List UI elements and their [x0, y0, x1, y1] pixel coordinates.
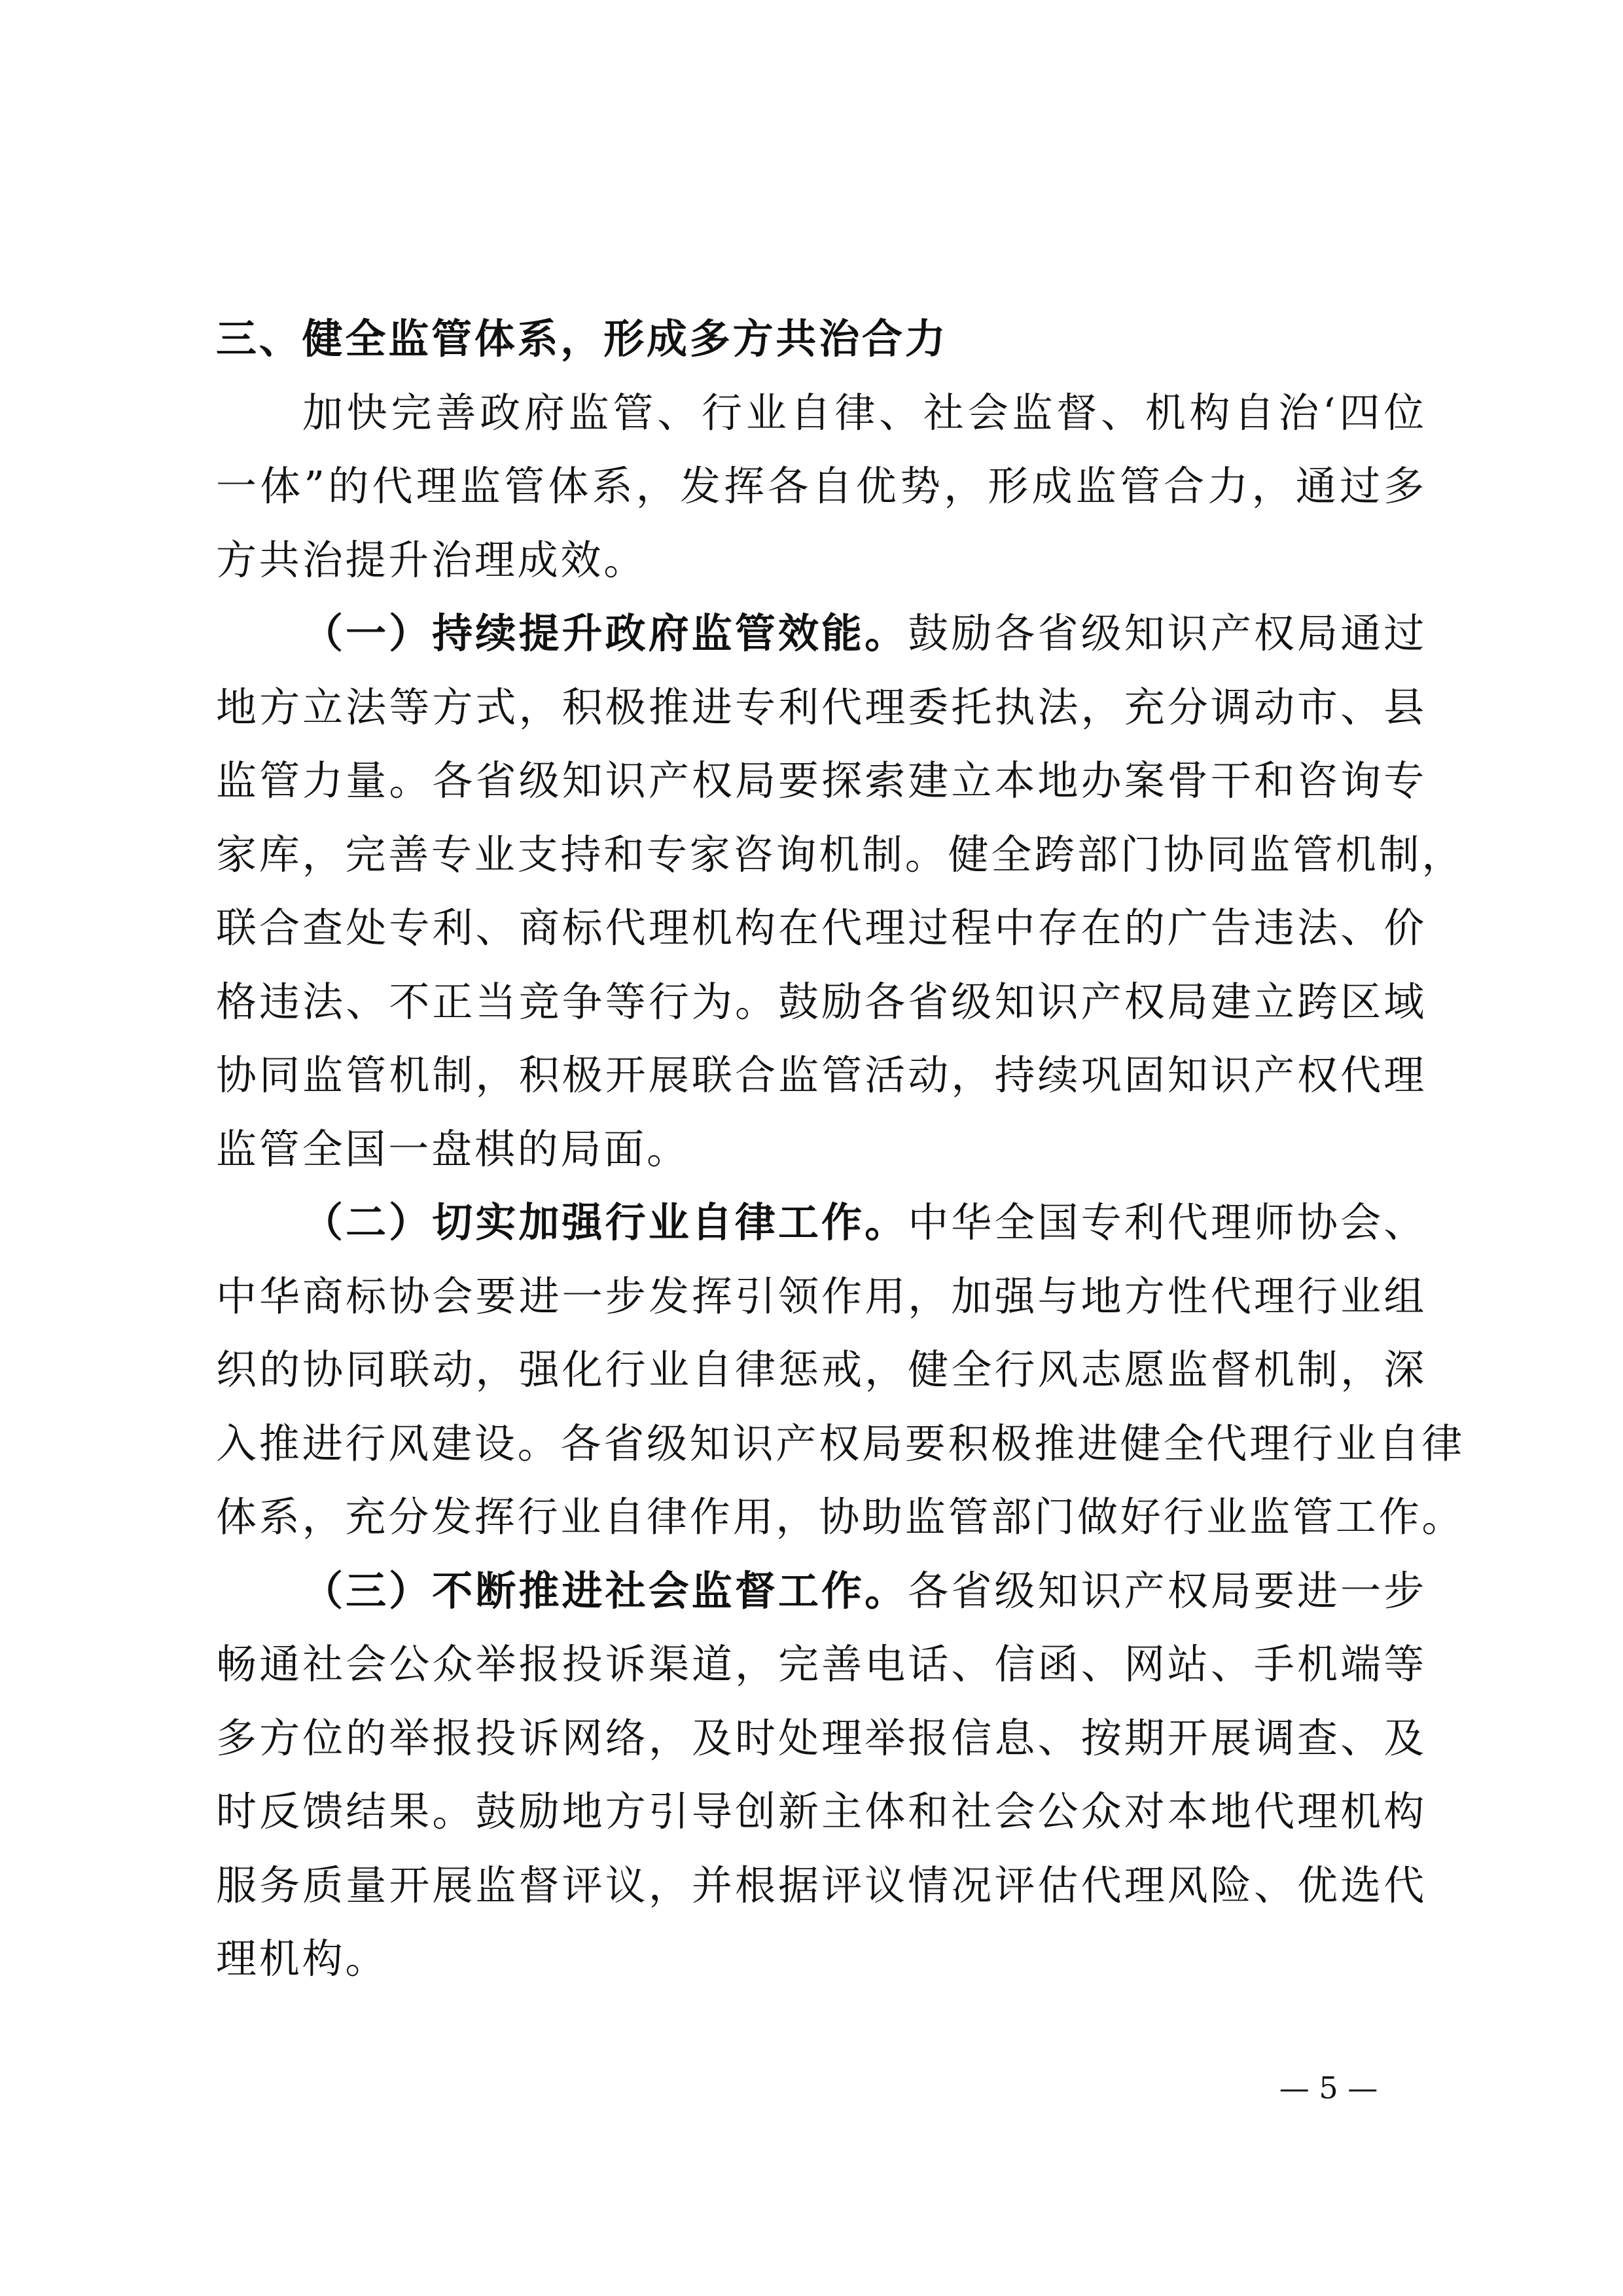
- subsection-title: （二）切实加强行业自律工作。: [302, 1198, 908, 1246]
- paragraph-line: 体系，充分发挥行业自律作用，协助监管部门做好行业监管工作。: [216, 1480, 1427, 1554]
- paragraph-line: 时反馈结果。鼓励地方引导创新主体和社会公众对本地代理机构: [216, 1775, 1427, 1849]
- paragraph-line: 织的协同联动，强化行业自律惩戒，健全行风志愿监督机制，深: [216, 1333, 1427, 1407]
- paragraph-first-line: （一）持续提升政府监管效能。鼓励各省级知识产权局通过: [216, 597, 1427, 671]
- section-heading: 三、健全监管体系，形成多方共治合力: [216, 302, 1427, 376]
- subsection-title: （一）持续提升政府监管效能。: [302, 609, 908, 657]
- page-number: — 5 —: [1257, 2068, 1400, 2108]
- paragraph-line: 畅通社会公众举报投诉渠道，完善电话、信函、网站、手机端等: [216, 1628, 1427, 1702]
- paragraph-industry-self-discipline: （二）切实加强行业自律工作。中华全国专利代理师协会、 中华商标协会要进一步发挥引…: [216, 1186, 1427, 1554]
- paragraph-line: 家库，完善专业支持和专家咨询机制。健全跨部门协同监管机制，: [216, 818, 1427, 892]
- paragraph-line: 中华商标协会要进一步发挥引领作用，加强与地方性代理行业组: [216, 1260, 1427, 1334]
- paragraph-line: 一体”的代理监管体系，发挥各自优势，形成监管合力，通过多: [216, 450, 1427, 524]
- paragraph-line: 监管全国一盘棋的局面。: [216, 1113, 1427, 1187]
- paragraph-first-line: （二）切实加强行业自律工作。中华全国专利代理师协会、: [216, 1186, 1427, 1260]
- paragraph-text: 鼓励各省级知识产权局通过: [908, 609, 1427, 657]
- paragraph-line: 入推进行风建设。各省级知识产权局要积极推进健全代理行业自律: [216, 1407, 1427, 1481]
- document-page: 三、健全监管体系，形成多方共治合力 加快完善政府监管、行业自律、社会监督、机构自…: [0, 0, 1623, 2296]
- paragraph-line: 联合查处专利、商标代理机构在代理过程中存在的广告违法、价: [216, 891, 1427, 965]
- paragraph-line: 协同监管机制，积极开展联合监管活动，持续巩固知识产权代理: [216, 1039, 1427, 1113]
- paragraph-government-supervision: （一）持续提升政府监管效能。鼓励各省级知识产权局通过 地方立法等方式，积极推进专…: [216, 597, 1427, 1186]
- subsection-title: （三）不断推进社会监督工作。: [302, 1567, 908, 1615]
- paragraph-line: 监管力量。各省级知识产权局要探索建立本地办案骨干和咨询专: [216, 744, 1427, 818]
- paragraph-line: 方共治提升治理成效。: [216, 524, 1427, 598]
- paragraph-line: 服务质量开展监督评议，并根据评议情况评估代理风险、优选代: [216, 1849, 1427, 1923]
- paragraph-line: 理机构。: [216, 1922, 1427, 1996]
- paragraph-line: 格违法、不正当竞争等行为。鼓励各省级知识产权局建立跨区域: [216, 965, 1427, 1039]
- paragraph-text: 各省级知识产权局要进一步: [908, 1567, 1427, 1615]
- paragraph-line: 多方位的举报投诉网络，及时处理举报信息、按期开展调查、及: [216, 1702, 1427, 1776]
- document-body: 三、健全监管体系，形成多方共治合力 加快完善政府监管、行业自律、社会监督、机构自…: [216, 302, 1427, 1996]
- paragraph-line: 加快完善政府监管、行业自律、社会监督、机构自治‘四位: [216, 376, 1427, 450]
- paragraph-intro: 加快完善政府监管、行业自律、社会监督、机构自治‘四位 一体”的代理监管体系，发挥…: [216, 376, 1427, 598]
- paragraph-social-supervision: （三）不断推进社会监督工作。各省级知识产权局要进一步 畅通社会公众举报投诉渠道，…: [216, 1554, 1427, 1996]
- paragraph-text: 中华全国专利代理师协会、: [908, 1198, 1427, 1246]
- paragraph-line: 地方立法等方式，积极推进专利代理委托执法，充分调动市、县: [216, 671, 1427, 745]
- paragraph-first-line: （三）不断推进社会监督工作。各省级知识产权局要进一步: [216, 1554, 1427, 1628]
